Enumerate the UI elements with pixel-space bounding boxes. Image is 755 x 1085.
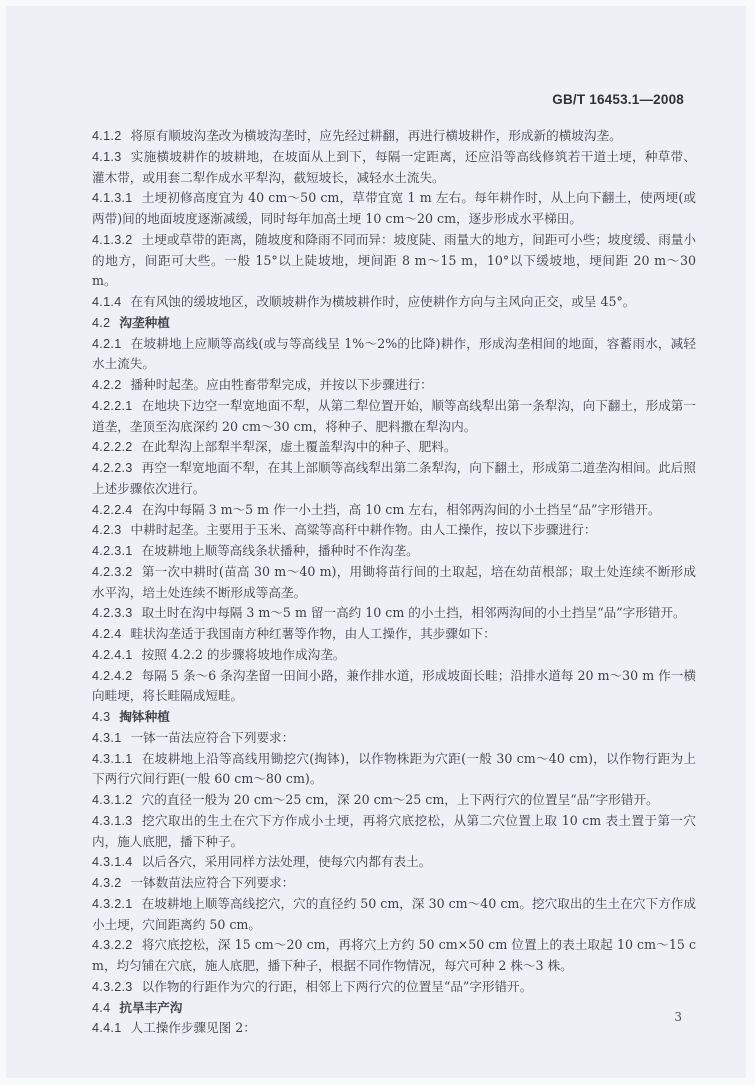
clause-4-2-3-1: 4.2.3.1在坡耕地上顺等高线条状播种，播种时不作沟垄。 xyxy=(92,541,696,562)
clause-number: 4.1.3.2 xyxy=(92,233,133,247)
clause-number: 4.2.2.4 xyxy=(92,503,133,517)
clause-number: 4.3.1.2 xyxy=(92,793,133,807)
clause-number: 4.1.4 xyxy=(92,295,122,309)
clause-text: 在坡耕地上顺等高线挖穴，穴的直径约 50 cm，深 30 cm～40 cm。挖穴… xyxy=(92,896,696,932)
clause-4-1-3: 4.1.3实施横坡耕作的坡耕地，在坡面从上到下，每隔一定距离，还应沿等高线修筑若… xyxy=(92,147,696,189)
clause-4-3-2: 4.3.2一钵数苗法应符合下列要求： xyxy=(92,873,696,894)
section-title: 掏钵种植 xyxy=(119,709,169,724)
clause-text: 取土时在沟中每隔 3 m～5 m 留一高约 10 cm 的小土挡，相邻两沟间的小… xyxy=(142,605,686,620)
clause-number: 4.2.4.1 xyxy=(92,648,133,662)
section-number: 4.4 xyxy=(92,1001,110,1015)
clause-4-1-3-1: 4.1.3.1土埂初修高度宜为 40 cm～50 cm，草带宜宽 1 m 左右。… xyxy=(92,188,696,230)
clause-4-3-2-1: 4.3.2.1在坡耕地上顺等高线挖穴，穴的直径约 50 cm，深 30 cm～4… xyxy=(92,894,696,936)
section-number: 4.2 xyxy=(92,316,110,330)
clause-text: 中耕时起垄。主要用于玉米、高粱等高秆中耕作物。由人工操作，按以下步骤进行： xyxy=(131,522,597,537)
page-number: 3 xyxy=(674,1010,682,1024)
clause-number: 4.3.2 xyxy=(92,876,122,890)
clause-number: 4.2.2.3 xyxy=(92,461,133,475)
clause-4-3-1-4: 4.3.1.4以后各穴，采用同样方法处理，使每穴内都有表土。 xyxy=(92,852,696,873)
clause-4-2-2-1: 4.2.2.1在地块下边空一犁宽地面不犁，从第二犁位置开始，顺等高线犁出第一条犁… xyxy=(92,396,696,438)
clause-text: 实施横坡耕作的坡耕地，在坡面从上到下，每隔一定距离，还应沿等高线修筑若干道土埂，… xyxy=(92,149,696,185)
clause-number: 4.2.3 xyxy=(92,523,122,537)
clause-text: 播种时起垄。应由牲畜带犁完成，并按以下步骤进行： xyxy=(131,377,433,392)
standard-code-header: GB/T 16453.1—2008 xyxy=(552,92,684,107)
clause-4-3-2-2: 4.3.2.2将穴底挖松，深 15 cm～20 cm，再将穴上方约 50 cm×… xyxy=(92,935,696,977)
clause-number: 4.3.1.1 xyxy=(92,752,133,766)
clause-number: 4.2.3.1 xyxy=(92,544,133,558)
clause-text: 以后各穴，采用同样方法处理，使每穴内都有表土。 xyxy=(142,854,432,869)
clause-4-4-1: 4.4.1人工操作步骤见图 2： xyxy=(92,1018,696,1039)
clause-number: 4.3.2.2 xyxy=(92,938,133,952)
clause-4-2-3-2: 4.2.3.2第一次中耕时(苗高 30 m～40 m)，用锄将苗行间的土取起，培… xyxy=(92,562,696,604)
clause-4-2-2: 4.2.2播种时起垄。应由牲畜带犁完成，并按以下步骤进行： xyxy=(92,375,696,396)
clause-number: 4.2.1 xyxy=(92,337,122,351)
document-page: GB/T 16453.1—2008 4.1.2将原有顺坡沟垄改为横坡沟垄时，应先… xyxy=(6,6,746,1078)
clause-4-3-2-3: 4.3.2.3以作物的行距作为穴的行距，相邻上下两行穴的位置呈“品”字形错开。 xyxy=(92,977,696,998)
clause-4-2-4: 4.2.4畦状沟垄适于我国南方种红薯等作物，由人工操作，其步骤如下： xyxy=(92,624,696,645)
clause-text: 再空一犁宽地面不犁，在其上部顺等高线犁出第二条犁沟，向下翻土，形成第二道垄沟相间… xyxy=(92,460,696,496)
section-heading-4-3: 4.3掏钵种植 xyxy=(92,707,696,728)
clause-text: 将穴底挖松，深 15 cm～20 cm，再将穴上方约 50 cm×50 cm 位… xyxy=(92,937,696,973)
clause-text: 第一次中耕时(苗高 30 m～40 m)，用锄将苗行间的土取起，培在幼苗根部；取… xyxy=(92,564,696,600)
clause-number: 4.3.2.3 xyxy=(92,980,133,994)
section-heading-4-2: 4.2沟垄种植 xyxy=(92,313,696,334)
clause-number: 4.3.1.4 xyxy=(92,855,133,869)
clause-text: 在坡耕地上应顺等高线(或与等高线呈 1%～2%的比降)耕作，形成沟垄相间的地面，… xyxy=(92,336,696,372)
clause-text: 人工操作步骤见图 2： xyxy=(131,1020,256,1035)
clause-4-2-3: 4.2.3中耕时起垄。主要用于玉米、高粱等高秆中耕作物。由人工操作，按以下步骤进… xyxy=(92,520,696,541)
clause-number: 4.1.3.1 xyxy=(92,191,133,205)
section-title: 沟垄种植 xyxy=(119,315,169,330)
document-body: 4.1.2将原有顺坡沟垄改为横坡沟垄时，应先经过耕翻，再进行横坡耕作，形成新的横… xyxy=(92,126,696,1039)
clause-text: 在坡耕地上顺等高线条状播种，播种时不作沟垄。 xyxy=(142,543,419,558)
clause-text: 一钵数苗法应符合下列要求： xyxy=(131,875,295,890)
clause-4-1-3-2: 4.1.3.2土埂或草带的距离，随坡度和降雨不同而异：坡度陡、雨量大的地方，间距… xyxy=(92,230,696,292)
clause-text: 以作物的行距作为穴的行距，相邻上下两行穴的位置呈“品”字形错开。 xyxy=(142,979,533,994)
clause-4-1-2: 4.1.2将原有顺坡沟垄改为横坡沟垄时，应先经过耕翻，再进行横坡耕作，形成新的横… xyxy=(92,126,696,147)
clause-number: 4.1.3 xyxy=(92,150,122,164)
clause-text: 一钵一苗法应符合下列要求： xyxy=(131,730,295,745)
clause-4-1-4: 4.1.4在有风蚀的缓坡地区，改顺坡耕作为横坡耕作时，应使耕作方向与主风向正交，… xyxy=(92,292,696,313)
clause-text: 在沟中每隔 3 m～5 m 作一小土挡，高 10 cm 左右，相邻两沟间的小土挡… xyxy=(142,502,661,517)
clause-4-2-3-3: 4.2.3.3取土时在沟中每隔 3 m～5 m 留一高约 10 cm 的小土挡，… xyxy=(92,603,696,624)
clause-4-3-1-1: 4.3.1.1在坡耕地上沿等高线用锄挖穴(掏钵)，以作物株距为穴距(一般 30 … xyxy=(92,749,696,791)
clause-text: 按照 4.2.2 的步骤将坡地作成沟垄。 xyxy=(142,647,346,662)
clause-number: 4.2.2.1 xyxy=(92,399,133,413)
clause-number: 4.2.4.2 xyxy=(92,669,133,683)
clause-4-2-2-3: 4.2.2.3再空一犁宽地面不犁，在其上部顺等高线犁出第二条犁沟，向下翻土，形成… xyxy=(92,458,696,500)
clause-number: 4.3.2.1 xyxy=(92,897,133,911)
clause-text: 土埂或草带的距离，随坡度和降雨不同而异：坡度陡、雨量大的地方，间距可小些；坡度缓… xyxy=(92,232,696,289)
clause-text: 将原有顺坡沟垄改为横坡沟垄时，应先经过耕翻，再进行横坡耕作，形成新的横坡沟垄。 xyxy=(131,128,622,143)
clause-text: 在地块下边空一犁宽地面不犁，从第二犁位置开始，顺等高线犁出第一条犁沟，向下翻土，… xyxy=(92,398,696,434)
clause-text: 每隔 5 条～6 条沟垄留一田间小路，兼作排水道，形成坡面长畦；沿排水道每 20… xyxy=(92,668,696,704)
clause-number: 4.4.1 xyxy=(92,1021,122,1035)
clause-number: 4.3.1.3 xyxy=(92,814,133,828)
section-title: 抗旱丰产沟 xyxy=(119,1000,182,1015)
clause-4-3-1: 4.3.1一钵一苗法应符合下列要求： xyxy=(92,728,696,749)
clause-4-3-1-2: 4.3.1.2穴的直径一般为 20 cm～25 cm，深 20 cm～25 cm… xyxy=(92,790,696,811)
clause-4-2-4-2: 4.2.4.2每隔 5 条～6 条沟垄留一田间小路，兼作排水道，形成坡面长畦；沿… xyxy=(92,666,696,708)
clause-4-2-1: 4.2.1在坡耕地上应顺等高线(或与等高线呈 1%～2%的比降)耕作，形成沟垄相… xyxy=(92,334,696,376)
clause-number: 4.1.2 xyxy=(92,129,122,143)
clause-text: 挖穴取出的生土在穴下方作成小土埂，再将穴底挖松，从第二穴位置上取 10 cm 表… xyxy=(92,813,696,849)
clause-number: 4.2.2.2 xyxy=(92,440,133,454)
section-number: 4.3 xyxy=(92,710,110,724)
clause-number: 4.2.4 xyxy=(92,627,122,641)
clause-text: 土埂初修高度宜为 40 cm～50 cm，草带宜宽 1 m 左右。每年耕作时，从… xyxy=(92,190,696,226)
clause-number: 4.2.2 xyxy=(92,378,122,392)
clause-text: 穴的直径一般为 20 cm～25 cm，深 20 cm～25 cm，上下两行穴的… xyxy=(142,792,659,807)
clause-4-2-2-2: 4.2.2.2在此犁沟上部犁半犁深，虚土覆盖犁沟中的种子、肥料。 xyxy=(92,437,696,458)
clause-text: 在有风蚀的缓坡地区，改顺坡耕作为横坡耕作时，应使耕作方向与主风向正交，或呈 45… xyxy=(131,294,636,309)
clause-number: 4.3.1 xyxy=(92,731,122,745)
clause-4-2-2-4: 4.2.2.4在沟中每隔 3 m～5 m 作一小土挡，高 10 cm 左右，相邻… xyxy=(92,500,696,521)
clause-text: 畦状沟垄适于我国南方种红薯等作物，由人工操作，其步骤如下： xyxy=(131,626,496,641)
clause-text: 在坡耕地上沿等高线用锄挖穴(掏钵)，以作物株距为穴距(一般 30 cm～40 c… xyxy=(92,751,696,787)
section-heading-4-4: 4.4抗旱丰产沟 xyxy=(92,998,696,1019)
clause-number: 4.2.3.2 xyxy=(92,565,133,579)
clause-4-3-1-3: 4.3.1.3挖穴取出的生土在穴下方作成小土埂，再将穴底挖松，从第二穴位置上取 … xyxy=(92,811,696,853)
clause-4-2-4-1: 4.2.4.1按照 4.2.2 的步骤将坡地作成沟垄。 xyxy=(92,645,696,666)
clause-number: 4.2.3.3 xyxy=(92,606,133,620)
clause-text: 在此犁沟上部犁半犁深，虚土覆盖犁沟中的种子、肥料。 xyxy=(142,439,457,454)
